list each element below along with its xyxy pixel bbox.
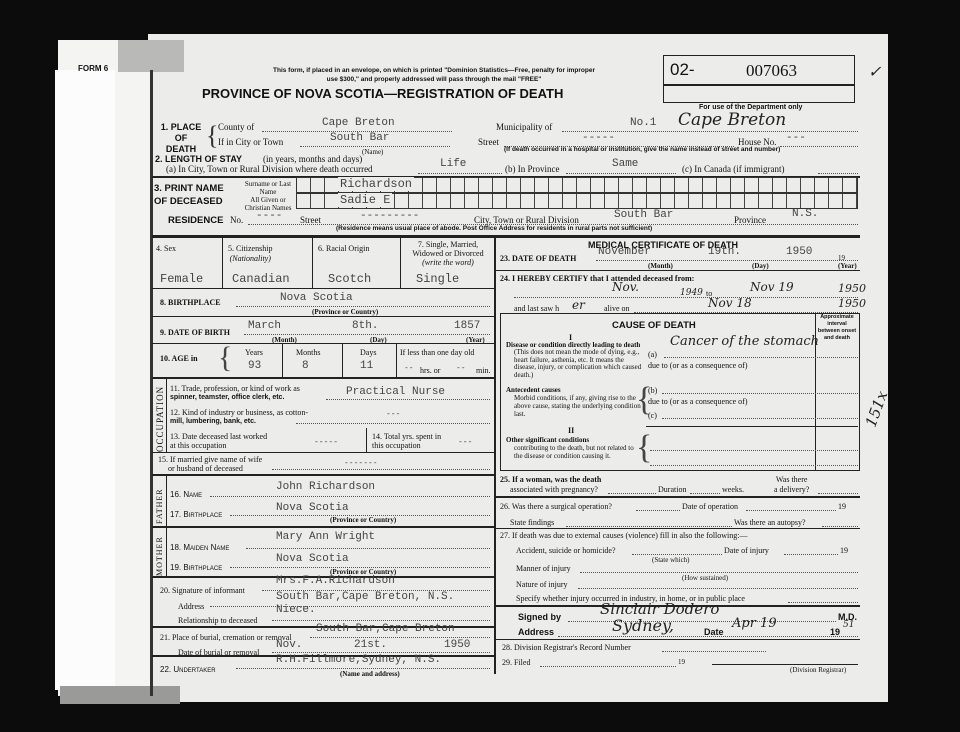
part-two-label: II: [568, 426, 574, 435]
father-birthplace-caption: (Province or Country): [330, 516, 396, 524]
undertaker-value: R.H.Fillmore,Sydney, N.S.: [276, 654, 441, 666]
residence-label: RESIDENCE: [168, 215, 223, 226]
mother-birthplace-value: Nova Scotia: [276, 553, 349, 565]
death-day-caption: (Day): [752, 262, 769, 270]
other-conditions-note: contributing to the death, but not relat…: [514, 444, 644, 460]
cause-a-value: Cancer of the stomach: [670, 334, 819, 349]
surname-value: Richardson: [338, 177, 414, 191]
q11-label: 11. Trade, profession, or kind of work a…: [170, 384, 300, 402]
filed-label: 29. Filed: [502, 658, 530, 667]
cause-of-death-title: CAUSE OF DEATH: [612, 320, 696, 331]
interval-header: Approximate interval between onset and d…: [816, 314, 858, 342]
dob-day: 8th.: [352, 320, 378, 332]
brace: {: [206, 121, 218, 151]
reg-number: 007063: [746, 61, 797, 81]
father-name-value: John Richardson: [276, 481, 375, 493]
q26-label: 26. Was there a surgical operation?: [500, 502, 612, 511]
delivery-label: Was therea delivery?: [774, 475, 809, 495]
marital-label: 7. Single, Married, Widowed or Divorced(…: [404, 240, 492, 267]
residence-no-value: ----: [256, 210, 282, 222]
mother-name-value: Mary Ann Wright: [276, 531, 375, 543]
brace: {: [636, 430, 652, 466]
months-value: 8: [302, 360, 309, 372]
cause-b-label: (b): [648, 386, 657, 395]
undertaker-caption: (Name and address): [340, 670, 400, 678]
binding-line: [150, 70, 153, 696]
dob-month: March: [248, 320, 281, 332]
mother-birthplace-label: 19. Birthplace: [170, 563, 222, 572]
place-of-death-heading: 1. PLACEOFDEATH: [156, 122, 206, 155]
death-day: 19th.: [708, 246, 741, 258]
municipality-label: Municipality of: [496, 122, 552, 132]
occupation-value: Practical Nurse: [346, 386, 445, 398]
duration-label: Duration: [658, 485, 686, 494]
due-to-b-label: due to (or as a consequence of): [648, 397, 748, 406]
sex-value: Female: [160, 272, 203, 286]
spouse-value: -------: [344, 459, 378, 468]
print-name-heading: 3. PRINT NAMEOF DECEASED: [154, 182, 224, 208]
informant-value: Mrs.F.A.Richardson: [276, 575, 395, 587]
less-than-day-label: If less than one day old: [400, 348, 474, 357]
residence-city-value: South Bar: [614, 209, 673, 221]
surname-label: Surname or Last Name: [242, 180, 294, 196]
racial-origin-value: Scotch: [328, 272, 371, 286]
paper-overlay: [55, 70, 115, 690]
other-conditions-label: Other significant conditions: [506, 436, 589, 444]
direct-cause-note: (This does not mean the mode of dying, e…: [514, 349, 644, 379]
mother-side-label: MOTHER: [155, 530, 164, 576]
city-value: South Bar: [330, 132, 389, 144]
alive-on-label: alive on: [604, 304, 630, 313]
stay-city-value: Life: [440, 158, 466, 170]
months-label: Months: [296, 348, 320, 357]
burial-day: 21st.: [354, 639, 387, 651]
findings-label: State findings: [510, 518, 554, 527]
length-of-stay-note: (in years, months and days): [263, 154, 362, 164]
weeks-label: weeks.: [722, 485, 744, 494]
tape-bottom: [60, 686, 180, 704]
q14-label: 14. Total yrs. spent inthis occupation: [372, 432, 441, 450]
death-month-caption: (Month): [648, 262, 673, 270]
q13-label: 13. Date deceased last workedat this occ…: [170, 432, 267, 450]
dob-year: 1857: [454, 320, 480, 332]
hrs-value: --: [404, 364, 414, 373]
min-label: min.: [476, 366, 490, 375]
accident-label: Accident, suicide or homicide?: [516, 546, 616, 555]
industry-value: ---: [386, 410, 400, 419]
q27-label: 27. If death was due to external causes …: [500, 531, 747, 540]
father-birthplace-value: Nova Scotia: [276, 502, 349, 514]
birthplace-value: Nova Scotia: [280, 292, 353, 304]
death-month: November: [598, 246, 651, 258]
marital-value: Single: [416, 272, 459, 286]
filed-century: 19: [678, 658, 685, 666]
sex-label: 4. Sex: [156, 244, 176, 253]
last-worked-value: -----: [314, 438, 338, 447]
total-years-value: ---: [458, 438, 472, 447]
city-label: If in City or Town: [218, 137, 283, 147]
nature-label: Nature of injury: [516, 580, 568, 589]
due-to-a-label: due to (or as a consequence of): [648, 361, 748, 370]
citizenship-label: 5. Citizenship(Nationality): [228, 244, 272, 264]
attended-to-year: 1950: [838, 282, 866, 295]
signature-year: 51: [843, 620, 854, 630]
days-label: Days: [360, 348, 376, 357]
op-century: 19: [838, 502, 846, 511]
informant-label: 20. Signature of informant: [160, 586, 245, 595]
death-year-caption: (Year): [838, 262, 857, 270]
citizenship-value: Canadian: [232, 272, 290, 286]
last-saw-pronoun: er: [572, 298, 585, 312]
residence-no-label: No.: [230, 215, 243, 225]
last-saw-label: and last saw h: [514, 304, 559, 313]
signed-by-label: Signed by: [518, 612, 561, 622]
father-name-label: 16. Name: [170, 490, 202, 499]
mother-name-label: 18. Maiden Name: [170, 543, 229, 552]
page-title: PROVINCE OF NOVA SCOTIA—REGISTRATION OF …: [202, 86, 563, 101]
injury-century: 19: [840, 546, 848, 555]
residence-street-value: ---------: [360, 210, 419, 222]
mail-notice-line2: use $300," and properly addressed will p…: [214, 75, 654, 84]
municipality-handwritten: Cape Breton: [678, 110, 786, 130]
relationship-value: Niece.: [276, 604, 316, 616]
residence-note: (Residence means usual place of abode. P…: [336, 225, 652, 232]
municipality-value: No.1: [630, 117, 656, 129]
stay-canada-label: (c) In Canada (if immigrant): [682, 164, 784, 174]
father-side-label: FATHER: [155, 478, 164, 524]
years-value: 93: [248, 360, 261, 372]
informant-address-value: South Bar,Cape Breton, N.S.: [276, 591, 454, 603]
attended-to-value: Nov 19: [750, 280, 794, 294]
attended-from-value: Nov.: [612, 280, 639, 294]
length-of-stay-label: 2. LENGTH OF STAY: [155, 154, 242, 164]
checkmark-icon: ✓: [868, 62, 881, 81]
state-which-caption: (State which): [652, 556, 690, 564]
mail-notice-line1: This form, if placed in an envelope, on …: [214, 66, 654, 75]
occupation-side-label: OCCUPATION: [155, 382, 165, 452]
date-of-death-label: 23. DATE OF DEATH: [500, 254, 576, 263]
burial-place-label: 21. Place of burial, cremation or remova…: [160, 633, 292, 642]
q12-label: 12. Kind of industry or business, as cot…: [170, 408, 308, 426]
registrar-caption: (Division Registrar): [790, 666, 846, 674]
last-saw-year: 1950: [838, 297, 866, 310]
q25-label: 25. If a woman, was the deathassociated …: [500, 475, 601, 495]
min-value: --: [456, 364, 466, 373]
q15-label: 15. If married give name of wifeor husba…: [158, 455, 262, 473]
mail-notice: This form, if placed in an envelope, on …: [214, 66, 654, 84]
antecedent-note: Morbid conditions, if any, giving rise t…: [514, 394, 644, 418]
burial-place-value: South Bar,Cape Breton: [316, 623, 455, 635]
house-value: ---: [786, 132, 806, 144]
street-value: -----: [582, 132, 615, 144]
days-value: 11: [360, 360, 373, 372]
form-label: FORM 6: [78, 64, 108, 73]
county-label: County of: [218, 122, 254, 132]
manner-label: Manner of injury: [516, 564, 571, 573]
certify-label: 24. I HEREBY CERTIFY that I attended dec…: [500, 274, 694, 283]
burial-month: Nov.: [276, 639, 302, 651]
autopsy-label: Was there an autopsy?: [734, 518, 806, 527]
stay-province-value: Same: [612, 158, 638, 170]
antecedent-label: Antecedent causes: [506, 386, 561, 394]
injury-date-label: Date of injury: [724, 546, 769, 555]
physician-address-label: Address: [518, 627, 554, 637]
registration-number-box: 02- 007063: [663, 55, 855, 103]
death-year: 1950: [786, 246, 812, 258]
brace: {: [218, 341, 232, 375]
physician-address-value: Sydney,: [612, 616, 674, 635]
father-birthplace-label: 17. Birthplace: [170, 510, 222, 519]
cause-a-label: (a): [648, 350, 657, 359]
county-value: Cape Breton: [322, 117, 395, 129]
given-name-value: Sadie E: [338, 193, 392, 207]
age-label: 10. AGE in: [160, 354, 198, 363]
informant-address-label: Address: [178, 602, 204, 611]
relationship-label: Relationship to deceased: [178, 616, 258, 625]
burial-year: 1950: [444, 639, 470, 651]
op-date-label: Date of operation: [682, 502, 738, 511]
birthplace-label: 8. BIRTHPLACE: [160, 298, 221, 307]
last-saw-date: Nov 18: [708, 296, 752, 310]
how-sustained-caption: (How sustained): [682, 574, 728, 582]
hrs-label: hrs. or: [420, 366, 440, 375]
reg-prefix: 02-: [670, 60, 695, 80]
record-number-label: 28. Division Registrar's Record Number: [502, 643, 631, 652]
years-label: Years: [245, 348, 263, 357]
undertaker-label: 22. Undertaker: [160, 665, 216, 674]
stay-province-label: (b) In Province: [505, 164, 559, 174]
racial-origin-label: 6. Racial Origin: [318, 244, 369, 253]
tape-top: [118, 40, 184, 72]
hospital-note: (If death occurred in a hospital or inst…: [504, 146, 780, 153]
residence-province-value: N.S.: [792, 208, 818, 220]
stay-city-label: (a) In City, Town or Rural Division wher…: [166, 164, 373, 174]
name-caption: (Name): [362, 148, 383, 156]
signature-date-value: Apr 19: [732, 616, 777, 631]
cause-c-label: (c): [648, 411, 657, 420]
street-label: Street: [478, 137, 499, 147]
dob-label: 9. DATE OF BIRTH: [160, 328, 230, 337]
birthplace-caption: (Province or Country): [312, 308, 378, 316]
